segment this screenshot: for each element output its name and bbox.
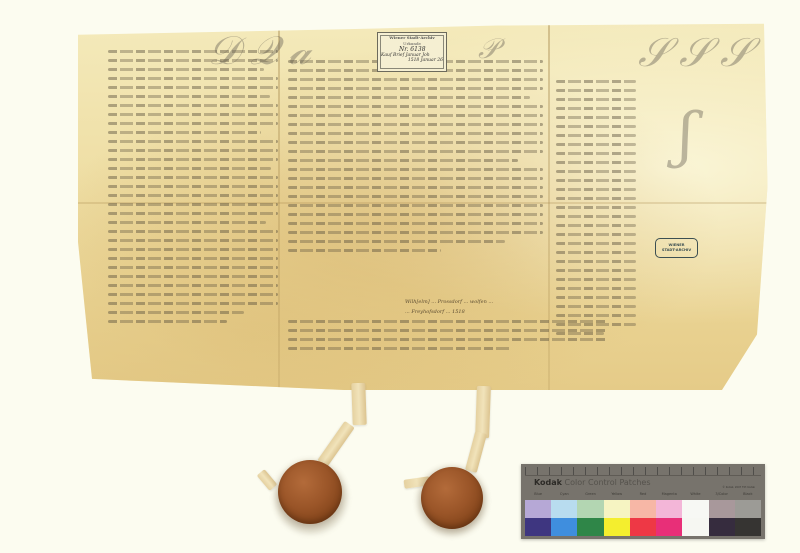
color-patch-dark <box>604 518 630 536</box>
patch-label: White <box>682 492 708 496</box>
archive-label: Wiener Stadt-Archiv Urkunde Nr. 6138 Kau… <box>377 32 447 72</box>
patch-column-black <box>735 500 761 536</box>
color-patch-light <box>551 500 577 518</box>
archive-label-number: Nr. 6138 <box>381 46 443 53</box>
wax-seal-left <box>278 460 342 524</box>
kodak-title: Color Control Patches <box>565 478 651 487</box>
archive-label-number-prefix: Nr. <box>399 46 408 53</box>
archive-label-date: 1518 Januar 26 <box>381 58 443 63</box>
notarial-note: Wilh[elm] ... Prossdorf ... wolfen ... .… <box>405 297 493 317</box>
notarial-note-line-2: ... Freyhofsdorf ... 1518 <box>405 307 493 317</box>
text-column-left <box>108 50 278 323</box>
patch-label: Yellow <box>604 492 630 496</box>
patch-label: Magenta <box>656 492 682 496</box>
color-patch-light <box>735 500 761 518</box>
fold-line <box>278 20 280 390</box>
patch-label: Blue <box>525 492 551 496</box>
kodak-logo: Kodak <box>534 478 562 487</box>
seal-ribbon <box>465 431 487 473</box>
color-patch-light <box>630 500 656 518</box>
color-patch-light <box>656 500 682 518</box>
seal-ribbon <box>317 421 354 467</box>
patch-column-green <box>577 500 603 536</box>
seal-ribbon <box>351 383 366 425</box>
flourish-initial: 𝒮𝒮𝒮 <box>638 30 761 76</box>
color-patch-light <box>709 500 735 518</box>
patch-column-white <box>682 500 708 536</box>
notarial-note-line-1: Wilh[elm] ... Prossdorf ... wolfen ... <box>405 297 493 307</box>
patch-label: 3/Color <box>709 492 735 496</box>
seal-ribbon <box>475 386 491 438</box>
patch-label: Black <box>735 492 761 496</box>
color-patch-light <box>525 500 551 518</box>
kodak-ruler <box>525 467 761 476</box>
kodak-patches <box>525 500 761 536</box>
kodak-note: © Kodak, 2007 TM: Kodak <box>722 486 755 489</box>
color-patch-dark <box>525 518 551 536</box>
kodak-brand: Kodak Color Control Patches <box>534 478 651 487</box>
patch-column-red <box>630 500 656 536</box>
document-photograph: 𝒟𝒬𝒶 𝒫 𝒮𝒮𝒮 ʃ <box>0 0 800 553</box>
text-column-middle <box>288 60 543 252</box>
patch-column-blue <box>525 500 551 536</box>
archive-label-title: Wiener Stadt-Archiv <box>381 35 443 40</box>
patch-column-magenta <box>656 500 682 536</box>
color-patch-dark <box>656 518 682 536</box>
patch-label: Green <box>577 492 603 496</box>
archive-label-number-value: 6138 <box>410 46 425 53</box>
color-patch-light <box>604 500 630 518</box>
flourish-stroke: ʃ <box>678 100 694 170</box>
color-patch-dark <box>735 518 761 536</box>
color-patch-light <box>577 500 603 518</box>
color-patch-dark <box>709 518 735 536</box>
color-patch-dark <box>682 518 708 536</box>
patch-label: Red <box>630 492 656 496</box>
text-column-right <box>556 80 636 335</box>
patch-column-yellow <box>604 500 630 536</box>
color-patch-light <box>682 500 708 518</box>
color-patch-dark <box>577 518 603 536</box>
wax-seal-right <box>421 467 483 529</box>
archive-stamp: WIENER STADT-ARCHIV <box>655 238 698 258</box>
color-patch-dark <box>551 518 577 536</box>
patch-label: Cyan <box>551 492 577 496</box>
patch-column-3-color <box>709 500 735 536</box>
seal-ribbon-tail <box>257 469 278 491</box>
kodak-color-card: Kodak Color Control Patches © Kodak, 200… <box>521 464 765 539</box>
patch-column-cyan <box>551 500 577 536</box>
parchment-sheet: 𝒟𝒬𝒶 𝒫 𝒮𝒮𝒮 ʃ <box>78 20 778 390</box>
kodak-patch-labels: Blue Cyan Green Yellow Red Magenta White… <box>525 492 761 496</box>
color-patch-dark <box>630 518 656 536</box>
text-closing-lines <box>288 320 608 350</box>
stamp-line-2: STADT-ARCHIV <box>662 248 691 253</box>
